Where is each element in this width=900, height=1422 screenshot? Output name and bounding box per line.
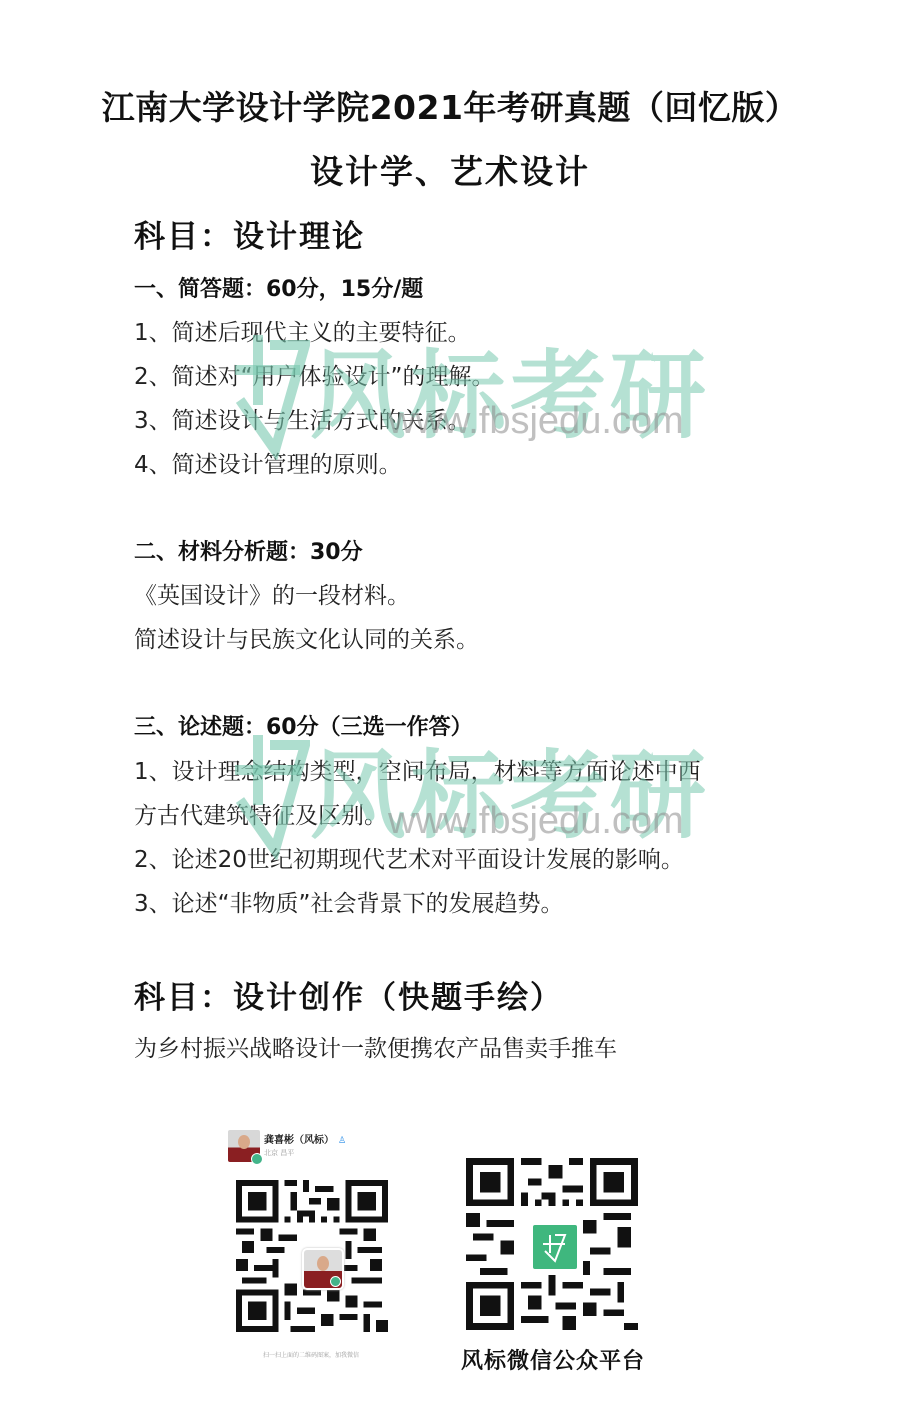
question-line: 简述设计与民族文化认同的关系。 bbox=[134, 621, 479, 654]
page-subtitle: 设计学、艺术设计 bbox=[0, 146, 900, 193]
question-line: 《英国设计》的一段材料。 bbox=[134, 577, 410, 610]
question-line: 3、论述“非物质”社会背景下的发展趋势。 bbox=[134, 885, 563, 918]
question-line: 1、设计理念结构类型，空间布局，材料等方面论述中西 bbox=[134, 753, 701, 786]
question-line: 2、论述20世纪初期现代艺术对平面设计发展的影响。 bbox=[134, 841, 684, 874]
official-account-qr-code[interactable] bbox=[466, 1158, 638, 1330]
brand-logo-icon bbox=[230, 330, 310, 460]
question-line: 2、简述对“用户体验设计”的理解。 bbox=[134, 358, 494, 391]
watermark: 风标考研 www.fbsjedu.com bbox=[230, 330, 670, 460]
question-line: 方古代建筑特征及区别。 bbox=[134, 797, 387, 830]
design-task-line: 为乡村振兴战略设计一款便携农产品售卖手推车 bbox=[134, 1030, 617, 1063]
personal-qr-code[interactable] bbox=[236, 1180, 388, 1332]
qr-caption: 扫一扫上面的二维码图案，加我微信 bbox=[226, 1350, 396, 1359]
contact-location: 北京 昌平 bbox=[264, 1148, 294, 1158]
subject-heading-theory: 科目：设计理论 bbox=[134, 211, 365, 256]
section-heading-essay: 三、论述题：60分（三选一作答） bbox=[134, 710, 473, 741]
watermark-url: www.fbsjedu.com bbox=[388, 800, 684, 843]
gender-icon: ♙ bbox=[338, 1136, 346, 1146]
brand-logo-icon bbox=[530, 1222, 580, 1272]
section-heading-material-analysis: 二、材料分析题：30分 bbox=[134, 535, 363, 566]
question-line: 4、简述设计管理的原则。 bbox=[134, 446, 402, 479]
page-title: 江南大学设计学院2021年考研真题（回忆版） bbox=[0, 82, 900, 129]
subject-heading-design-creation: 科目：设计创作（快题手绘） bbox=[134, 972, 563, 1017]
avatar bbox=[302, 1248, 344, 1290]
question-line: 3、简述设计与生活方式的关系。 bbox=[134, 402, 471, 435]
section-heading-short-answer: 一、简答题：60分，15分/题 bbox=[134, 272, 423, 303]
official-account-label: 风标微信公众平台 bbox=[448, 1344, 658, 1375]
contact-name: 龚喜彬（风标）♙ bbox=[264, 1131, 346, 1146]
avatar bbox=[228, 1130, 260, 1162]
question-line: 1、简述后现代主义的主要特征。 bbox=[134, 314, 471, 347]
